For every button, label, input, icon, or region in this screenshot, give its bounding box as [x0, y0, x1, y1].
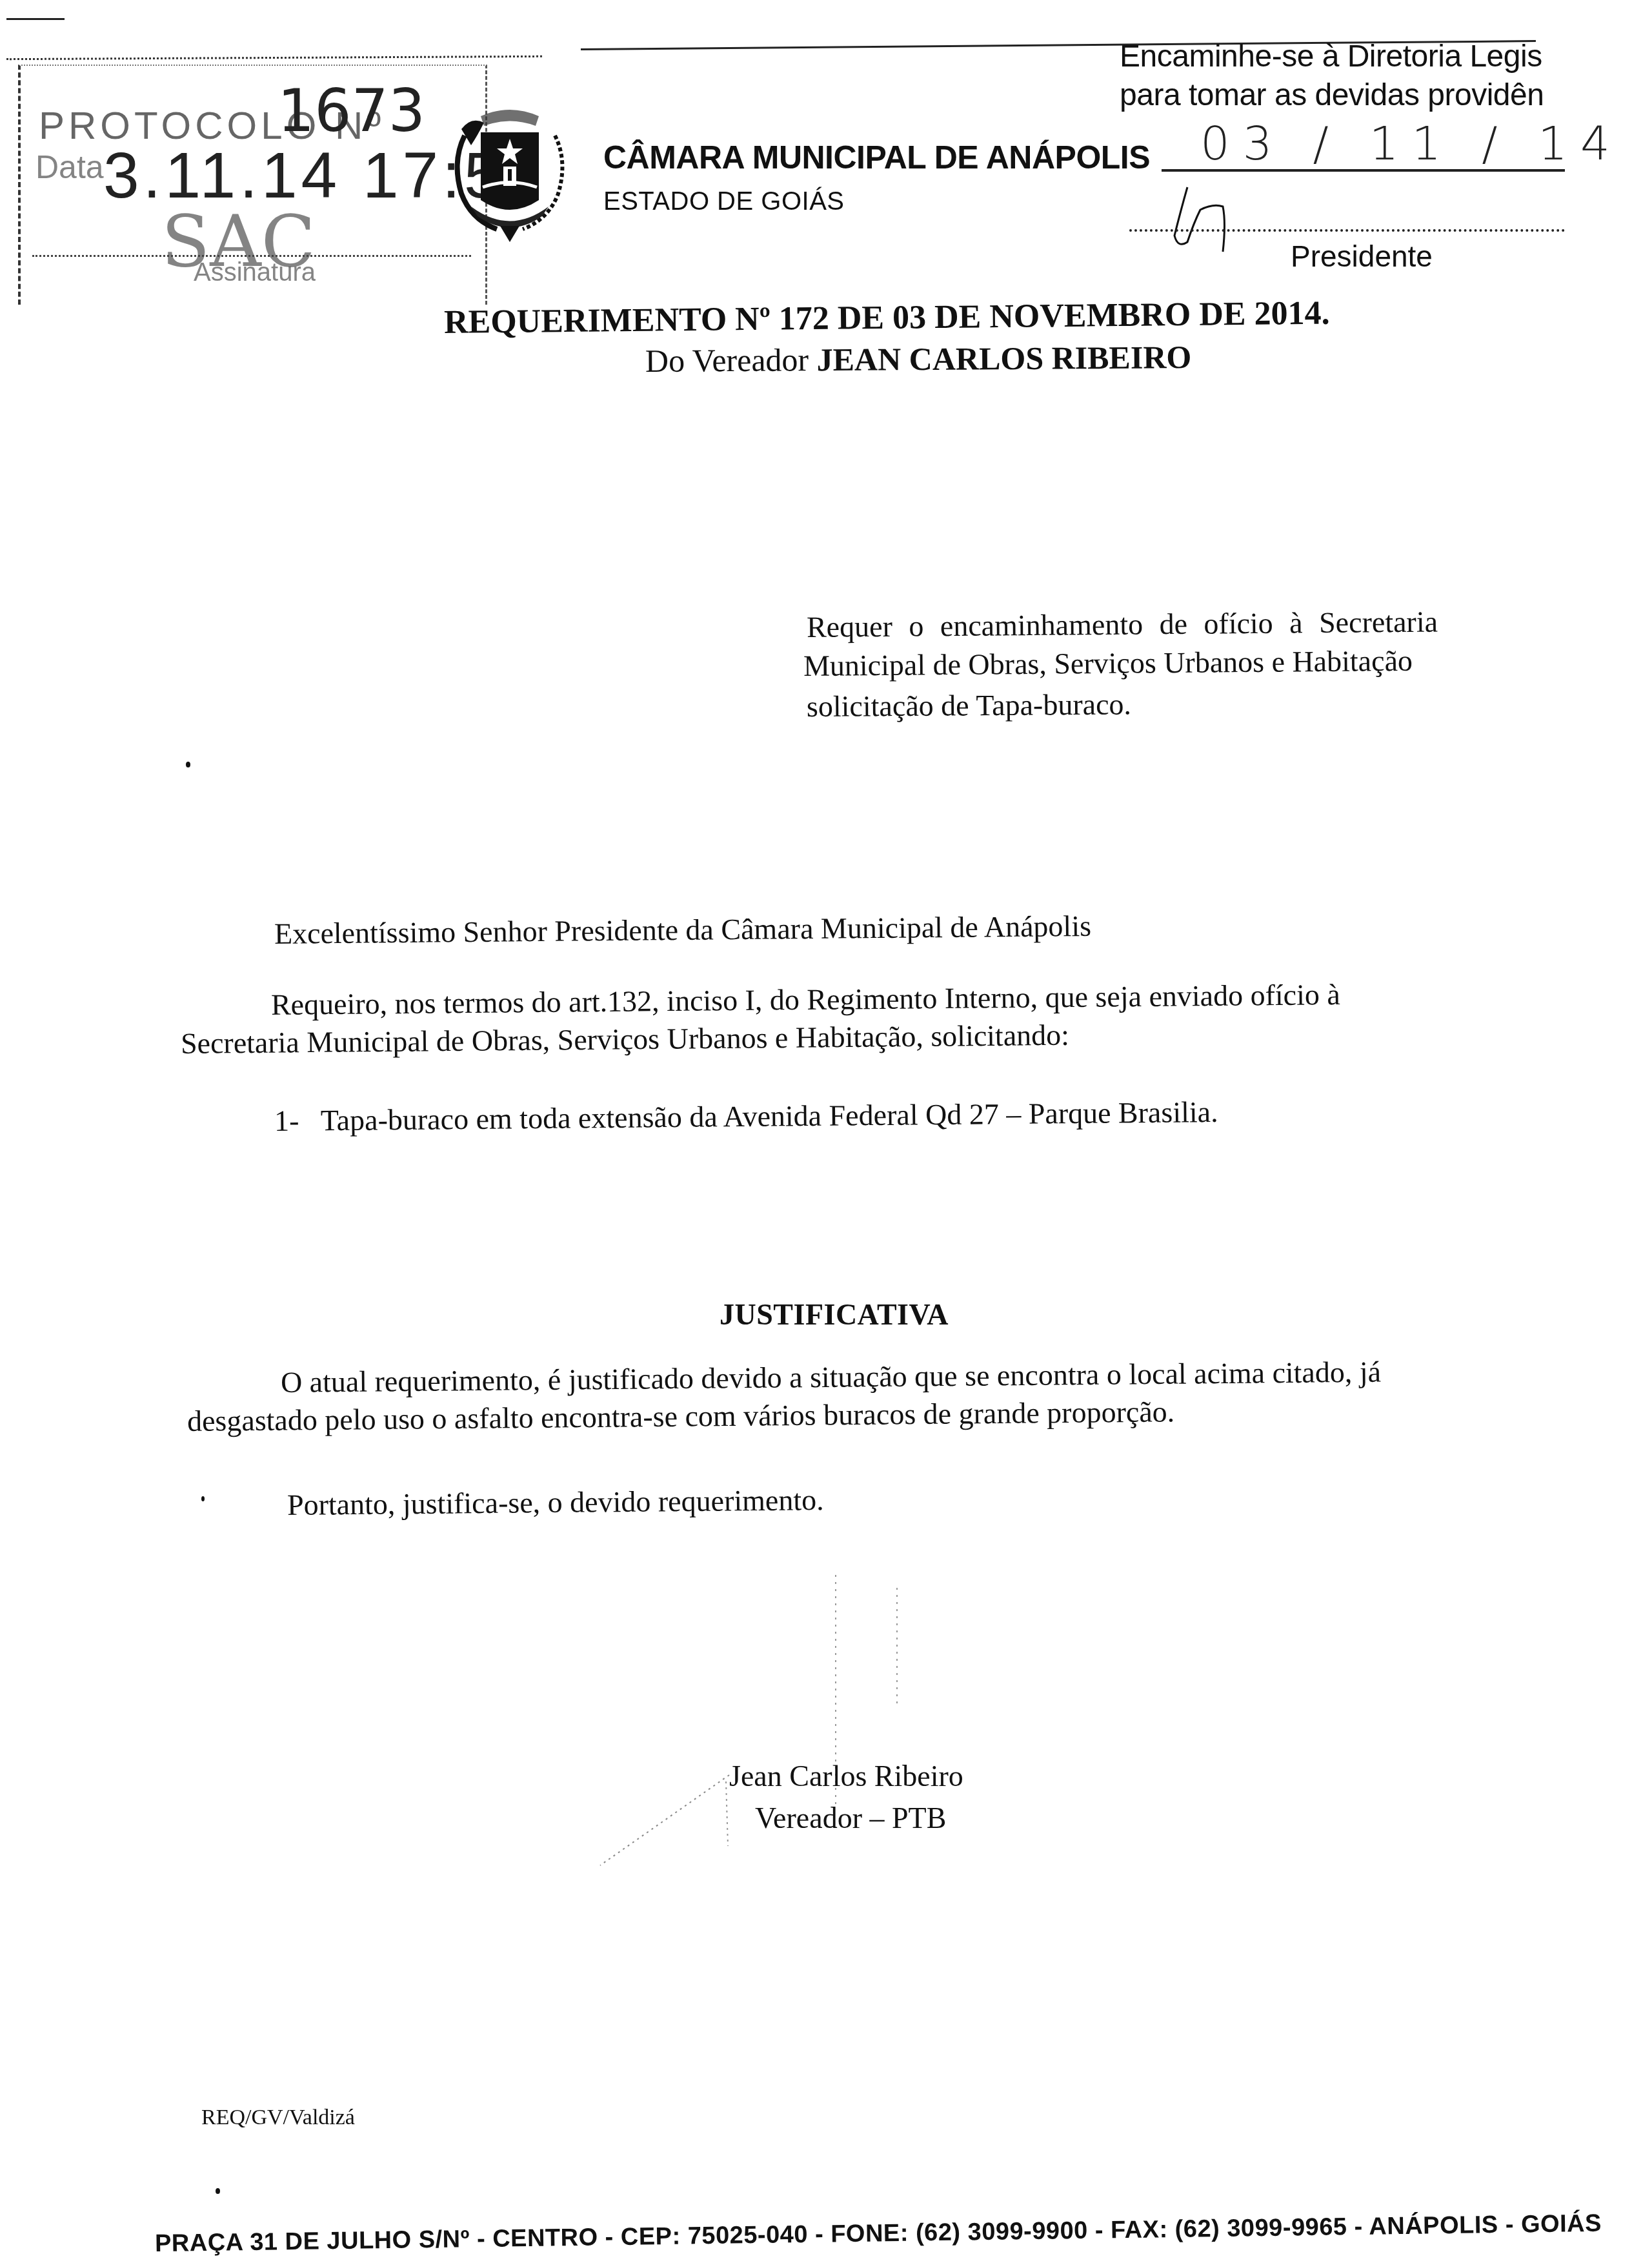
item-text: Tapa-buraco em toda extensão da Avenida … — [321, 1095, 1218, 1137]
request-paragraph: Secretaria Municipal de Obras, Serviços … — [181, 1018, 1069, 1060]
salutation: Excelentíssimo Senhor Presidente da Câma… — [274, 909, 1091, 951]
stamp-signature-label: Assinatura — [194, 258, 316, 287]
dispatch-date-line — [1162, 169, 1565, 172]
dispatch-signature-line — [1129, 229, 1565, 232]
request-item: 1- Tapa-buraco em toda extensão da Aveni… — [274, 1095, 1218, 1138]
footer-address: PRAÇA 31 DE JULHO S/Nº - CENTRO - CEP: 7… — [155, 2210, 1602, 2258]
summary-line: Requer o encaminhamento de ofício à Secr… — [807, 604, 1438, 644]
dispatch-role: Presidente — [1291, 239, 1433, 274]
document-author: Do Vereador JEAN CARLOS RIBEIRO — [645, 338, 1192, 380]
faint-signature-icon — [581, 1562, 903, 1898]
author-prefix: Do Vereador — [645, 341, 809, 379]
stamp-date-label: Data — [35, 148, 104, 186]
document-title: REQUERIMENTO Nº 172 DE 03 DE NOVEMBRO DE… — [444, 294, 1330, 341]
coat-of-arms-icon — [445, 97, 574, 245]
summary-line: Municipal de Obras, Serviços Urbanos e H… — [803, 644, 1413, 683]
stamp-signature-line — [32, 255, 471, 257]
scan-speck — [216, 2188, 220, 2194]
justification-conclusion: Portanto, justifica-se, o devido requeri… — [287, 1483, 824, 1522]
author-name: JEAN CARLOS RIBEIRO — [816, 339, 1191, 378]
scan-mark — [6, 18, 65, 20]
request-paragraph: Requeiro, nos termos do art.132, inciso … — [271, 977, 1340, 1022]
scan-speck — [201, 1496, 205, 1501]
justification-paragraph: desgastado pelo uso o asfalto encontra-s… — [187, 1394, 1175, 1438]
dispatch-text: Encaminhe-se à Diretoria Legis — [1120, 39, 1542, 74]
scan-speck — [186, 762, 190, 767]
divider — [6, 56, 542, 60]
signer-name: Jean Carlos Ribeiro — [729, 1759, 963, 1793]
signer-role: Vereador – PTB — [755, 1801, 946, 1835]
chamber-name: CÂMARA MUNICIPAL DE ANÁPOLIS — [603, 139, 1150, 176]
dispatch-text: para tomar as devidas providên — [1120, 77, 1544, 113]
president-signature-icon — [1162, 184, 1245, 255]
summary-line: solicitação de Tapa-buraco. — [807, 687, 1131, 724]
dispatch-date: 03 / 11 / 14 — [1200, 116, 1623, 170]
item-number: 1- — [274, 1104, 299, 1137]
reference-code: REQ/GV/Valdizá — [201, 2106, 355, 2130]
state-name: ESTADO DE GOIÁS — [603, 187, 845, 216]
stamp-protocol-number: 1673 — [277, 77, 425, 145]
justification-paragraph: O atual requerimento, é justificado devi… — [281, 1355, 1382, 1399]
justification-heading: JUSTIFICATIVA — [720, 1297, 949, 1332]
